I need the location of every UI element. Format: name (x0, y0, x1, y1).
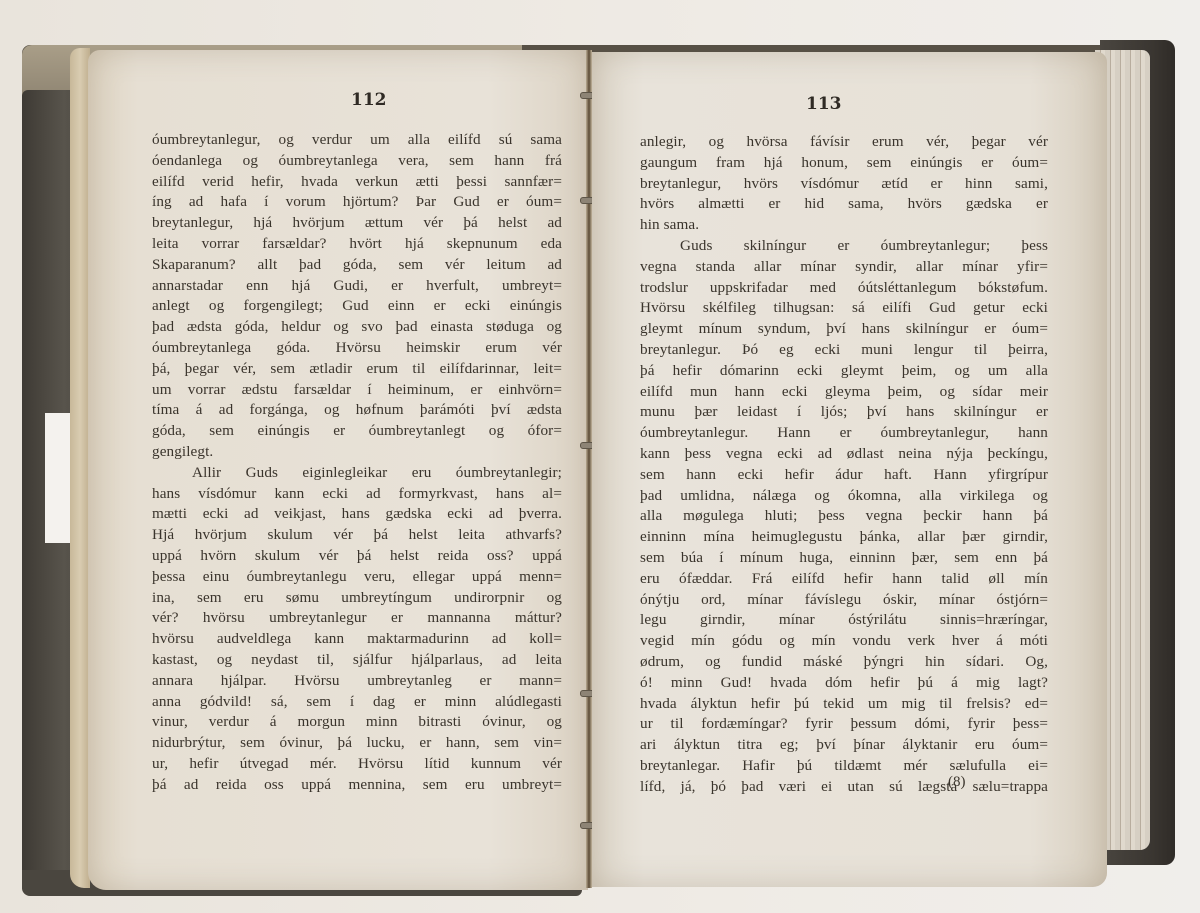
text-line: ødrum, og fundid máské þýngri hin sídari… (640, 652, 1048, 673)
right-page: 113 anlegir, og hvörsa fávísir erum vér,… (592, 52, 1107, 887)
text-line: óendanlega og óumbreytanlega vera, sem h… (152, 151, 562, 172)
text-line: þá ad reida oss uppá mennina, sem eru um… (152, 775, 562, 796)
paper-slip-bookmark (45, 413, 73, 543)
text-line: eilífd mun hann ecki gleyma þeim, og síd… (640, 382, 1048, 403)
text-line: ari ályktun titra eg; því þínar ályktani… (640, 735, 1048, 756)
text-line: þad umlidna, nálæga og ókomna, alla virk… (640, 486, 1048, 507)
text-line: ur til fordæmíngar? fyrir þessum dómi, f… (640, 714, 1048, 735)
left-page: 112 óumbreytanlegur, og verdur um alla e… (88, 50, 588, 890)
text-line: munu þær leidast í ljós; því hans skilní… (640, 402, 1048, 423)
text-line: hvada ályktun hefir þú tekid um mig til … (640, 694, 1048, 715)
text-line: legu girndir, mínar óstýrilátu sinnis=hr… (640, 610, 1048, 631)
text-line: Allir Guds eiginlegleikar eru óumbreytan… (152, 463, 562, 484)
text-line: óumbreytanlegur, og verdur um alla eilíf… (152, 130, 562, 151)
text-line: ur, hefir útvegad mér. Hvörsu lítid kunn… (152, 754, 562, 775)
text-line: annarstadar enn hjá Gudi, er hverfult, u… (152, 276, 562, 297)
text-line: leita vorrar farsældar? hvört hjá skepnu… (152, 234, 562, 255)
text-line: þá hefir dómarinn ecki gleymt þeim, og u… (640, 361, 1048, 382)
text-line: anlegir, og hvörsa fávísir erum vér, þeg… (640, 132, 1048, 153)
text-line: íng ad hafa í vorum hjörtum? Þar Gud er … (152, 192, 562, 213)
text-line: þad ædsta góda, heldur og svo þad einast… (152, 317, 562, 338)
text-line: breytanlegur. Þó eg ecki muni lengur til… (640, 340, 1048, 361)
text-line: breytanlegar. Hafir þú tildæmt mér sæluf… (640, 756, 1048, 777)
text-line: hvörs almætti er hid sama, hvörs gædska … (640, 194, 1048, 215)
text-line: eilífd verid hefir, hvada verkun ætti þe… (152, 172, 562, 193)
text-line: tíma á ad forgánga, og høfnum þarámóti þ… (152, 400, 562, 421)
text-line: góda, sem einúngis er óumbreytanlegt og … (152, 421, 562, 442)
signature-mark: (8) (948, 774, 966, 791)
text-line: gleymt mínum syndum, því hans skilníngur… (640, 319, 1048, 340)
text-line: einninn mína heimuglegustu þánka, allar … (640, 527, 1048, 548)
text-line: anlegt og forgengilegt; Gud einn er ecki… (152, 296, 562, 317)
text-line: trodslur uppskrifadar med óútsléttanlegu… (640, 278, 1048, 299)
text-line: hvörsu audveldlega kann maktarmadurinn a… (152, 629, 562, 650)
text-line: Hjá hvörjum skulum vér þá helst leita at… (152, 525, 562, 546)
text-line: ónýtju ord, mínar fávíslegu óskir, mínar… (640, 590, 1048, 611)
text-line: Hvörsu skélfileg tilhugsan: sá eilífi Gu… (640, 298, 1048, 319)
text-line: hin sama. (640, 215, 1048, 236)
text-line: kann þess vegna ecki ad ødlast neina nýj… (640, 444, 1048, 465)
text-line: gaungum fram hjá honum, sem einúngis er … (640, 153, 1048, 174)
text-line: nidurbrýtur, sem óvinur, þá lucku, er ha… (152, 733, 562, 754)
text-line: hans vísdómur kann ecki ad formyrkvast, … (152, 484, 562, 505)
text-line: breytanlegur, hjá hvörjum ættum vér þá h… (152, 213, 562, 234)
text-line: alla møgulega hluti; þess vegna þeckir h… (640, 506, 1048, 527)
text-line: óumbreytanlega góda. Hvörsu heimskir eru… (152, 338, 562, 359)
page-stack-left-edge (70, 48, 90, 888)
text-line: lífd, já, þó þad væri ei utan sú lægsta … (640, 777, 1048, 798)
text-line: þá, þegar vér, sem ætladir erum til eilí… (152, 359, 562, 380)
text-line: Skaparanum? allt þad góda, sem vér leitu… (152, 255, 562, 276)
text-line: vinur, verdur á morgun minn bitrasti óvi… (152, 712, 562, 733)
right-page-text: anlegir, og hvörsa fávísir erum vér, þeg… (640, 132, 1048, 798)
page-number-left: 112 (351, 90, 387, 110)
text-line: vegid mín gódu og mín vondu verk hver á … (640, 631, 1048, 652)
text-line: Guds skilníngur er óumbreytanlegur; þess (640, 236, 1048, 257)
text-line: mætti ecki ad veikjast, hans gædska ecki… (152, 504, 562, 525)
left-page-text: óumbreytanlegur, og verdur um alla eilíf… (152, 130, 562, 796)
text-line: um vorrar ædstu farsældar í heiminum, er… (152, 380, 562, 401)
text-line: uppá hvörn skulum vér þá helst reida oss… (152, 546, 562, 567)
text-line: ó! minn Gud! hvada dóm hefir þú á mig la… (640, 673, 1048, 694)
text-line: vegna standa allar mínar syndir, allar m… (640, 257, 1048, 278)
text-line: annara hjálpar. Hvörsu umbreytanleg er m… (152, 671, 562, 692)
text-line: eru ófæddar. Frá eilífd hefir hann talid… (640, 569, 1048, 590)
text-line: kastast, og neydast til, sjálfur hjálpar… (152, 650, 562, 671)
text-line: óumbreytanlegur. Hann er óumbreytanlegur… (640, 423, 1048, 444)
page-number-right: 113 (806, 94, 842, 114)
text-line: anna gódvild! sá, sem í dag er minn alúd… (152, 692, 562, 713)
text-line: breytanlegur, hvörs vísdómur ætíd er hin… (640, 174, 1048, 195)
text-line: sem hann ecki hefir ádur haft. Hann yfir… (640, 465, 1048, 486)
text-line: gengilegt. (152, 442, 562, 463)
text-line: ina, sem eru sømu umbreytíngum undirorpn… (152, 588, 562, 609)
text-line: vér? hvörsu umbreytanlegur er mannanna m… (152, 608, 562, 629)
text-line: sem búa í mínum huga, einninn þær, sem e… (640, 548, 1048, 569)
text-line: þessa einu óumbreytanlegu veru, ellegar … (152, 567, 562, 588)
